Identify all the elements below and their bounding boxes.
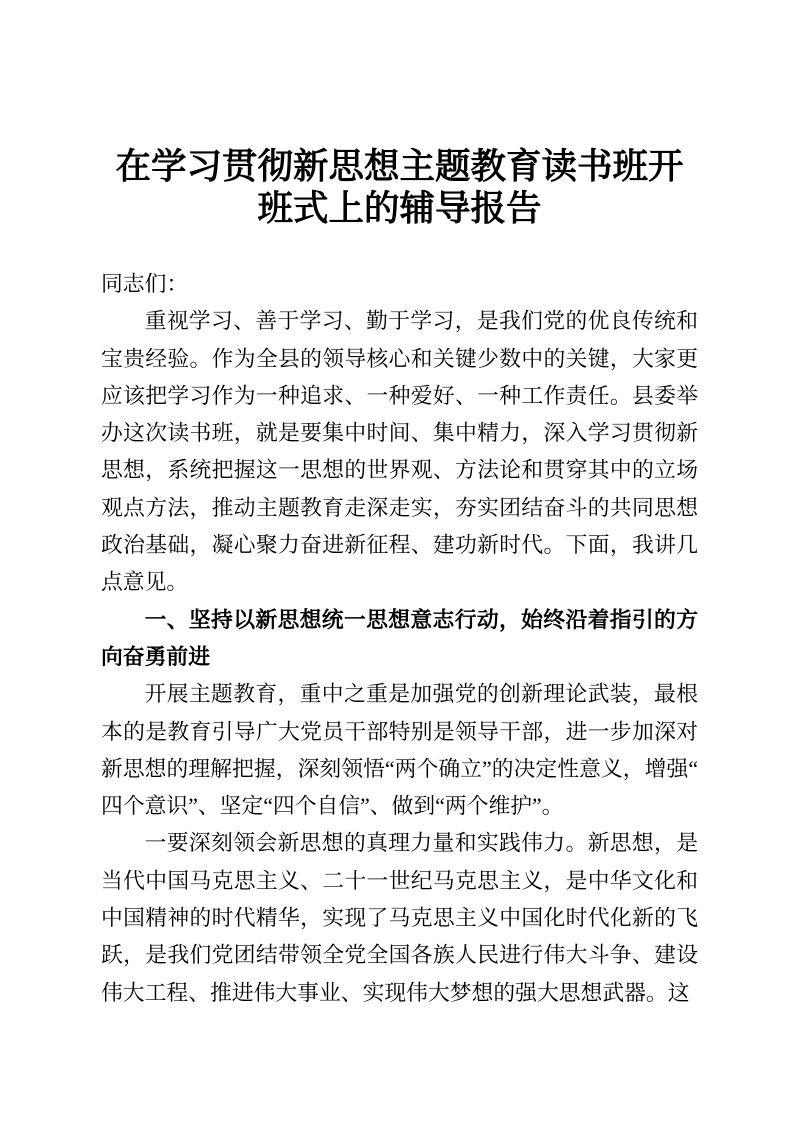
document-title: 在学习贯彻新思想主题教育读书班开班式上的辅导报告 [101, 145, 698, 229]
document-page: 在学习贯彻新思想主题教育读书班开班式上的辅导报告 同志们： 重视学习、善于学习、… [0, 0, 793, 1122]
paragraph-section-1-point-1: 一要深刻领会新思想的真理力量和实践伟力。新思想，是当代中国马克思主义、二十一世纪… [101, 825, 698, 1011]
paragraph-section-1-body: 开展主题教育，重中之重是加强党的创新理论武装，最根本的是教育引导广大党员干部特别… [101, 676, 698, 825]
document-body: 同志们： 重视学习、善于学习、勤于学习，是我们党的优良传统和宝贵经验。作为全县的… [101, 266, 698, 1012]
paragraph-intro: 重视学习、善于学习、勤于学习，是我们党的优良传统和宝贵经验。作为全县的领导核心和… [101, 303, 698, 601]
section-heading-1: 一、坚持以新思想统一思想意志行动，始终沿着指引的方向奋勇前进 [101, 602, 698, 677]
paragraph-salutation: 同志们： [101, 266, 698, 303]
